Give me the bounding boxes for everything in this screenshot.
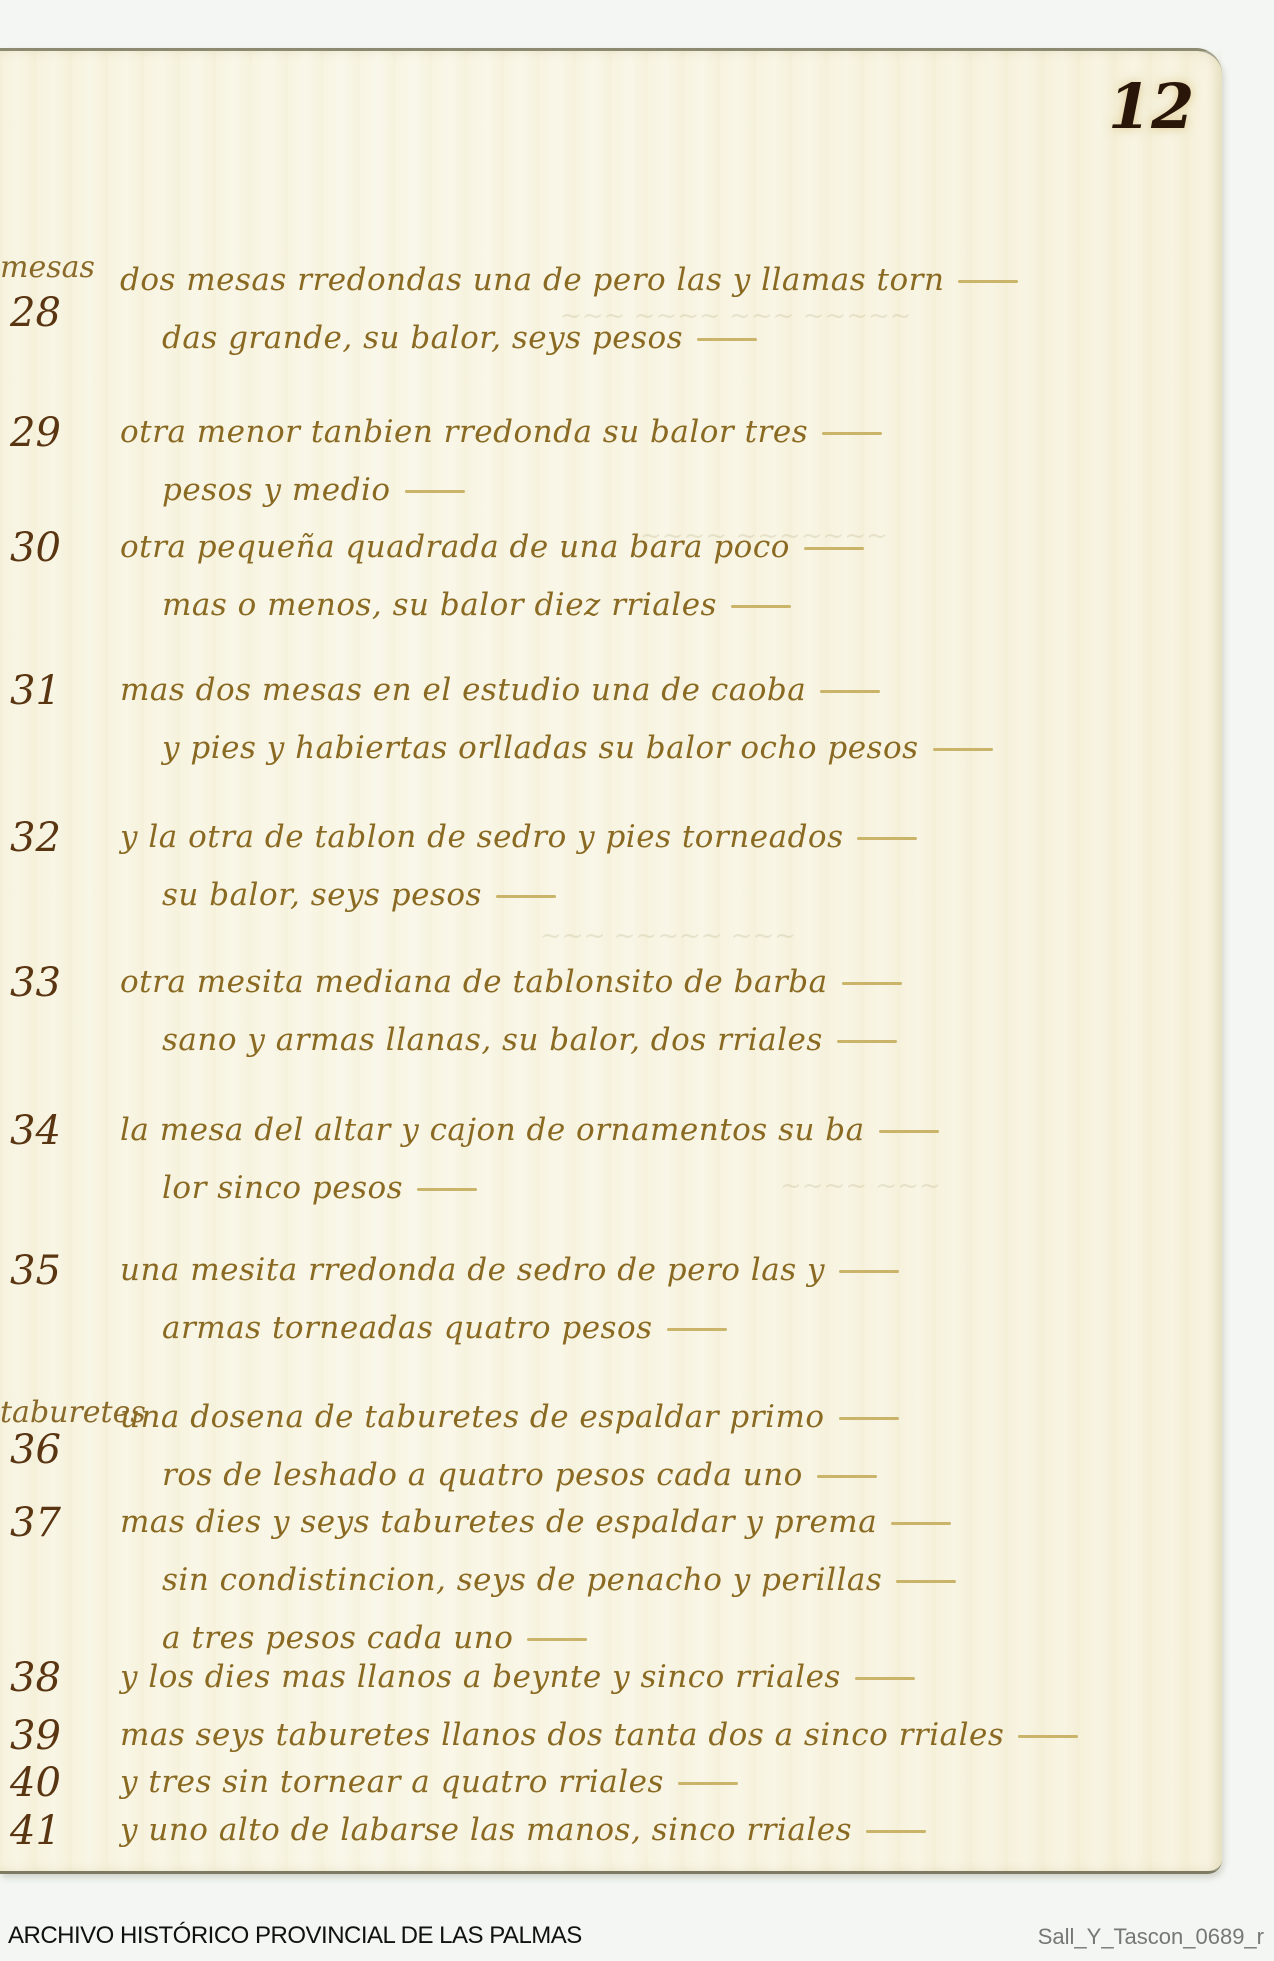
line-filler-dash [857,837,917,840]
entry-text-line: otra pequeña quadrada de una bara poco [120,529,864,565]
entry-text-line: y tres sin tornear a quatro rriales [120,1764,738,1800]
line-filler-dash [527,1638,587,1641]
line-filler-dash [822,432,882,435]
entry-text: a tres pesos cada uno [162,1620,513,1656]
entry-text-line: a tres pesos cada uno [162,1620,587,1656]
entry-text: otra mesita mediana de tablonsito de bar… [120,964,828,1000]
entry-text: ros de leshado a quatro pesos cada uno [162,1457,803,1493]
line-filler-dash [405,490,465,493]
entry-number: 28 [10,290,61,336]
entry-number: 31 [10,668,61,714]
entry-number: 37 [10,1500,61,1546]
document-reference: Sall_Y_Tascon_0689_r [1038,1924,1264,1950]
entry-text: sin condistincion, seys de penacho y per… [162,1562,882,1598]
entry-text: mas dies y seys taburetes de espaldar y … [120,1504,877,1540]
entry-number: 32 [10,815,61,861]
entry-text-line: la mesa del altar y cajon de ornamentos … [120,1112,939,1148]
line-filler-dash [891,1522,951,1525]
entry-text: lor sinco pesos [162,1170,403,1206]
entry-number: 41 [10,1808,61,1854]
line-filler-dash [866,1830,926,1833]
entry-text-line: sin condistincion, seys de penacho y per… [162,1562,956,1598]
line-filler-dash [496,895,556,898]
entry-text-line: pesos y medio [162,472,465,508]
entry-text-line: y pies y habiertas orlladas su balor och… [162,730,993,766]
entry-text: das grande, su balor, seys pesos [162,320,683,356]
entry-text: pesos y medio [162,472,391,508]
line-filler-dash [879,1130,939,1133]
line-filler-dash [731,605,791,608]
entry-number: 36 [10,1427,61,1473]
entry-text: su balor, seys pesos [162,877,482,913]
line-filler-dash [958,280,1018,283]
entry-number: 30 [10,525,61,571]
entry-number: 34 [10,1108,61,1154]
entry-text: una mesita rredonda de sedro de pero las… [120,1252,825,1288]
entry-text-line: y los dies mas llanos a beynte y sinco r… [120,1659,915,1695]
entry-text: y los dies mas llanos a beynte y sinco r… [120,1659,841,1695]
entry-text-line: armas torneadas quatro pesos [162,1310,727,1346]
entry-text-line: otra mesita mediana de tablonsito de bar… [120,964,902,1000]
entry-text-line: y uno alto de labarse las manos, sinco r… [120,1812,926,1848]
line-filler-dash [667,1328,727,1331]
bleed-through-text: ~~~ ~~~~~ ~~~ [540,921,796,951]
entry-text: mas dos mesas en el estudio una de caoba [120,672,806,708]
entry-text: sano y armas llanas, su balor, dos rrial… [162,1022,823,1058]
entry-text: la mesa del altar y cajon de ornamentos … [120,1112,865,1148]
line-filler-dash [896,1580,956,1583]
entry-number: 35 [10,1248,61,1294]
entry-text: otra pequeña quadrada de una bara poco [120,529,790,565]
line-filler-dash [417,1188,477,1191]
entry-text: mas o menos, su balor diez rriales [162,587,717,623]
bleed-through-text: ~~~~ ~~~ [780,1171,941,1201]
entry-number: 40 [10,1760,61,1806]
entry-text-line: una mesita rredonda de sedro de pero las… [120,1252,899,1288]
line-filler-dash [839,1270,899,1273]
entry-text-line: das grande, su balor, seys pesos [162,320,757,356]
line-filler-dash [855,1677,915,1680]
line-filler-dash [1018,1735,1078,1738]
entry-text: y la otra de tablon de sedro y pies torn… [120,819,843,855]
entry-text-line: mas dies y seys taburetes de espaldar y … [120,1504,951,1540]
archive-name: ARCHIVO HISTÓRICO PROVINCIAL DE LAS PALM… [8,1922,582,1950]
entry-text: y pies y habiertas orlladas su balor och… [162,730,919,766]
entry-text-line: lor sinco pesos [162,1170,477,1206]
entry-text-line: otra menor tanbien rredonda su balor tre… [120,414,882,450]
line-filler-dash [839,1417,899,1420]
entry-number: 29 [10,410,61,456]
entry-text-line: mas o menos, su balor diez rriales [162,587,791,623]
line-filler-dash [820,690,880,693]
line-filler-dash [842,982,902,985]
entry-text-line: mas seys taburetes llanos dos tanta dos … [120,1717,1078,1753]
entry-number: 39 [10,1713,61,1759]
entry-text-line: ros de leshado a quatro pesos cada uno [162,1457,877,1493]
entry-text-line: una dosena de taburetes de espaldar prim… [120,1399,899,1435]
line-filler-dash [837,1040,897,1043]
entry-text-line: su balor, seys pesos [162,877,556,913]
entry-text: armas torneadas quatro pesos [162,1310,653,1346]
entry-text: una dosena de taburetes de espaldar prim… [120,1399,825,1435]
folio-number: 12 [1108,70,1194,143]
line-filler-dash [804,547,864,550]
entry-text-line: y la otra de tablon de sedro y pies torn… [120,819,917,855]
entry-text-line: mas dos mesas en el estudio una de caoba [120,672,880,708]
line-filler-dash [678,1782,738,1785]
line-filler-dash [933,748,993,751]
margin-label: mesas [0,250,95,285]
entry-text-line: dos mesas rredondas una de pero las y ll… [120,262,1018,298]
entry-text: otra menor tanbien rredonda su balor tre… [120,414,808,450]
entry-text: dos mesas rredondas una de pero las y ll… [120,262,944,298]
line-filler-dash [697,338,757,341]
line-filler-dash [817,1475,877,1478]
entry-text-line: sano y armas llanas, su balor, dos rrial… [162,1022,897,1058]
entry-number: 38 [10,1655,61,1701]
entry-text: y uno alto de labarse las manos, sinco r… [120,1812,852,1848]
entry-text: y tres sin tornear a quatro rriales [120,1764,664,1800]
entry-text: mas seys taburetes llanos dos tanta dos … [120,1717,1004,1753]
entry-number: 33 [10,960,61,1006]
